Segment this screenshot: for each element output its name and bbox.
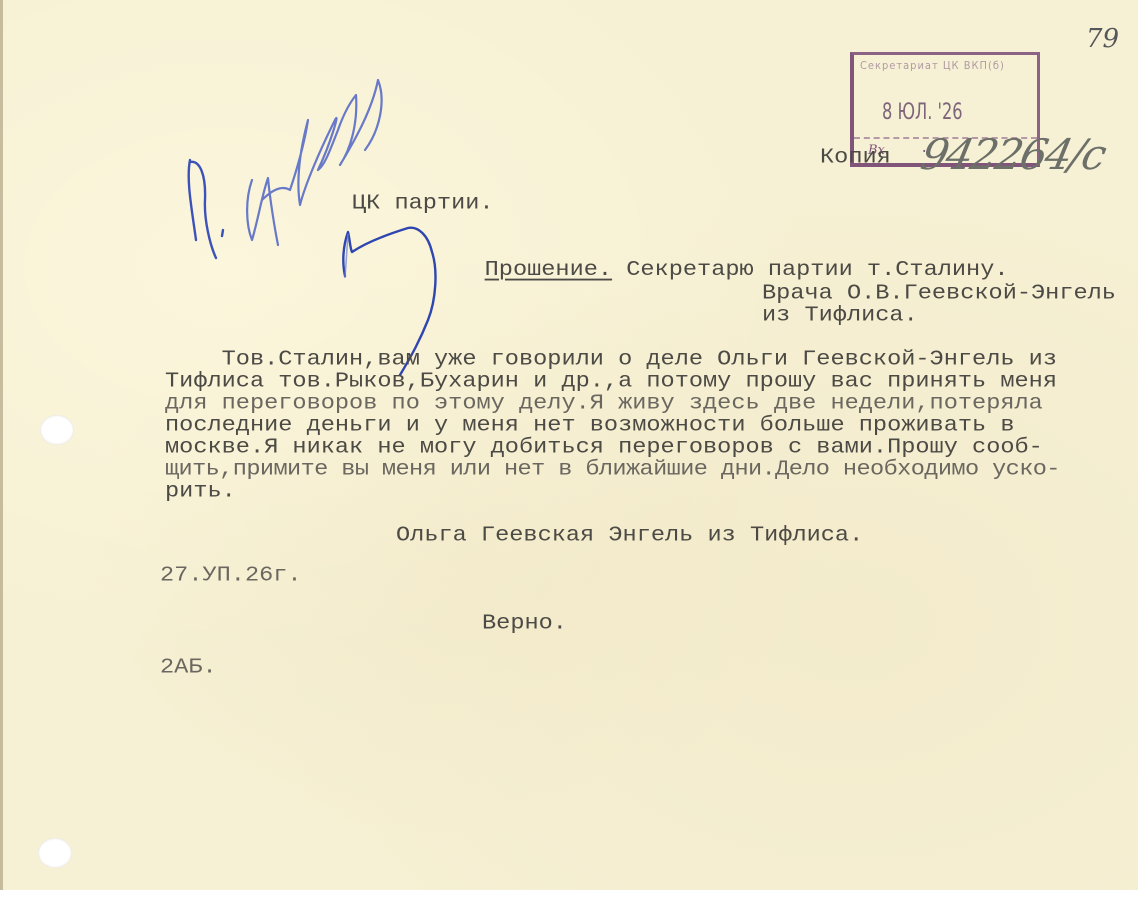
stamp-header: Секретариат ЦК ВКП(б) [860,59,1005,72]
pencil-resolution: В архив [190,120,194,121]
stamp-date: 8 ЮЛ. '26 [882,100,963,125]
sender-line-1: Врача О.В.Геевской-Энгель [762,284,1116,304]
registration-number: 942264/с [917,130,1109,179]
document-page: 79 Секретариат ЦК ВКП(б) 8 ЮЛ. '26 Вх. .… [0,0,1138,890]
punch-hole-top [40,415,74,445]
body-line: для переговоров по этому делу.Я живу зде… [165,394,1043,414]
page-number: 79 [1086,24,1119,54]
body-line: москве.Я никак не могу добиться перегово… [165,438,1043,458]
certification: Верно. [482,614,567,634]
copy-label: Копия [820,148,891,168]
title-petition: Прошение. [485,257,612,282]
title-addressee: Секретарю партии т.Сталину. [612,257,1008,282]
page-edge [0,0,3,890]
body-line: Тов.Сталин,вам уже говорили о деле Ольги… [165,350,1057,370]
punch-hole-bottom [38,838,72,868]
document-date: 27.УП.26г. [160,566,302,586]
body-line: щить,примите вы меня или нет в ближайшие… [165,460,1060,480]
body-line: рить. [165,482,236,502]
signature-line: Ольга Геевская Энгель из Тифлиса. [396,526,863,546]
body-line: Тифлиса тов.Рыков,Бухарин и др.,а потому… [165,372,1057,392]
typist-mark: 2АБ. [160,658,217,678]
body-line: последние деньги и у меня нет возможност… [165,416,1015,436]
sender-line-2: из Тифлиса. [762,306,918,326]
addressee-line: ЦК партии. [352,194,494,214]
